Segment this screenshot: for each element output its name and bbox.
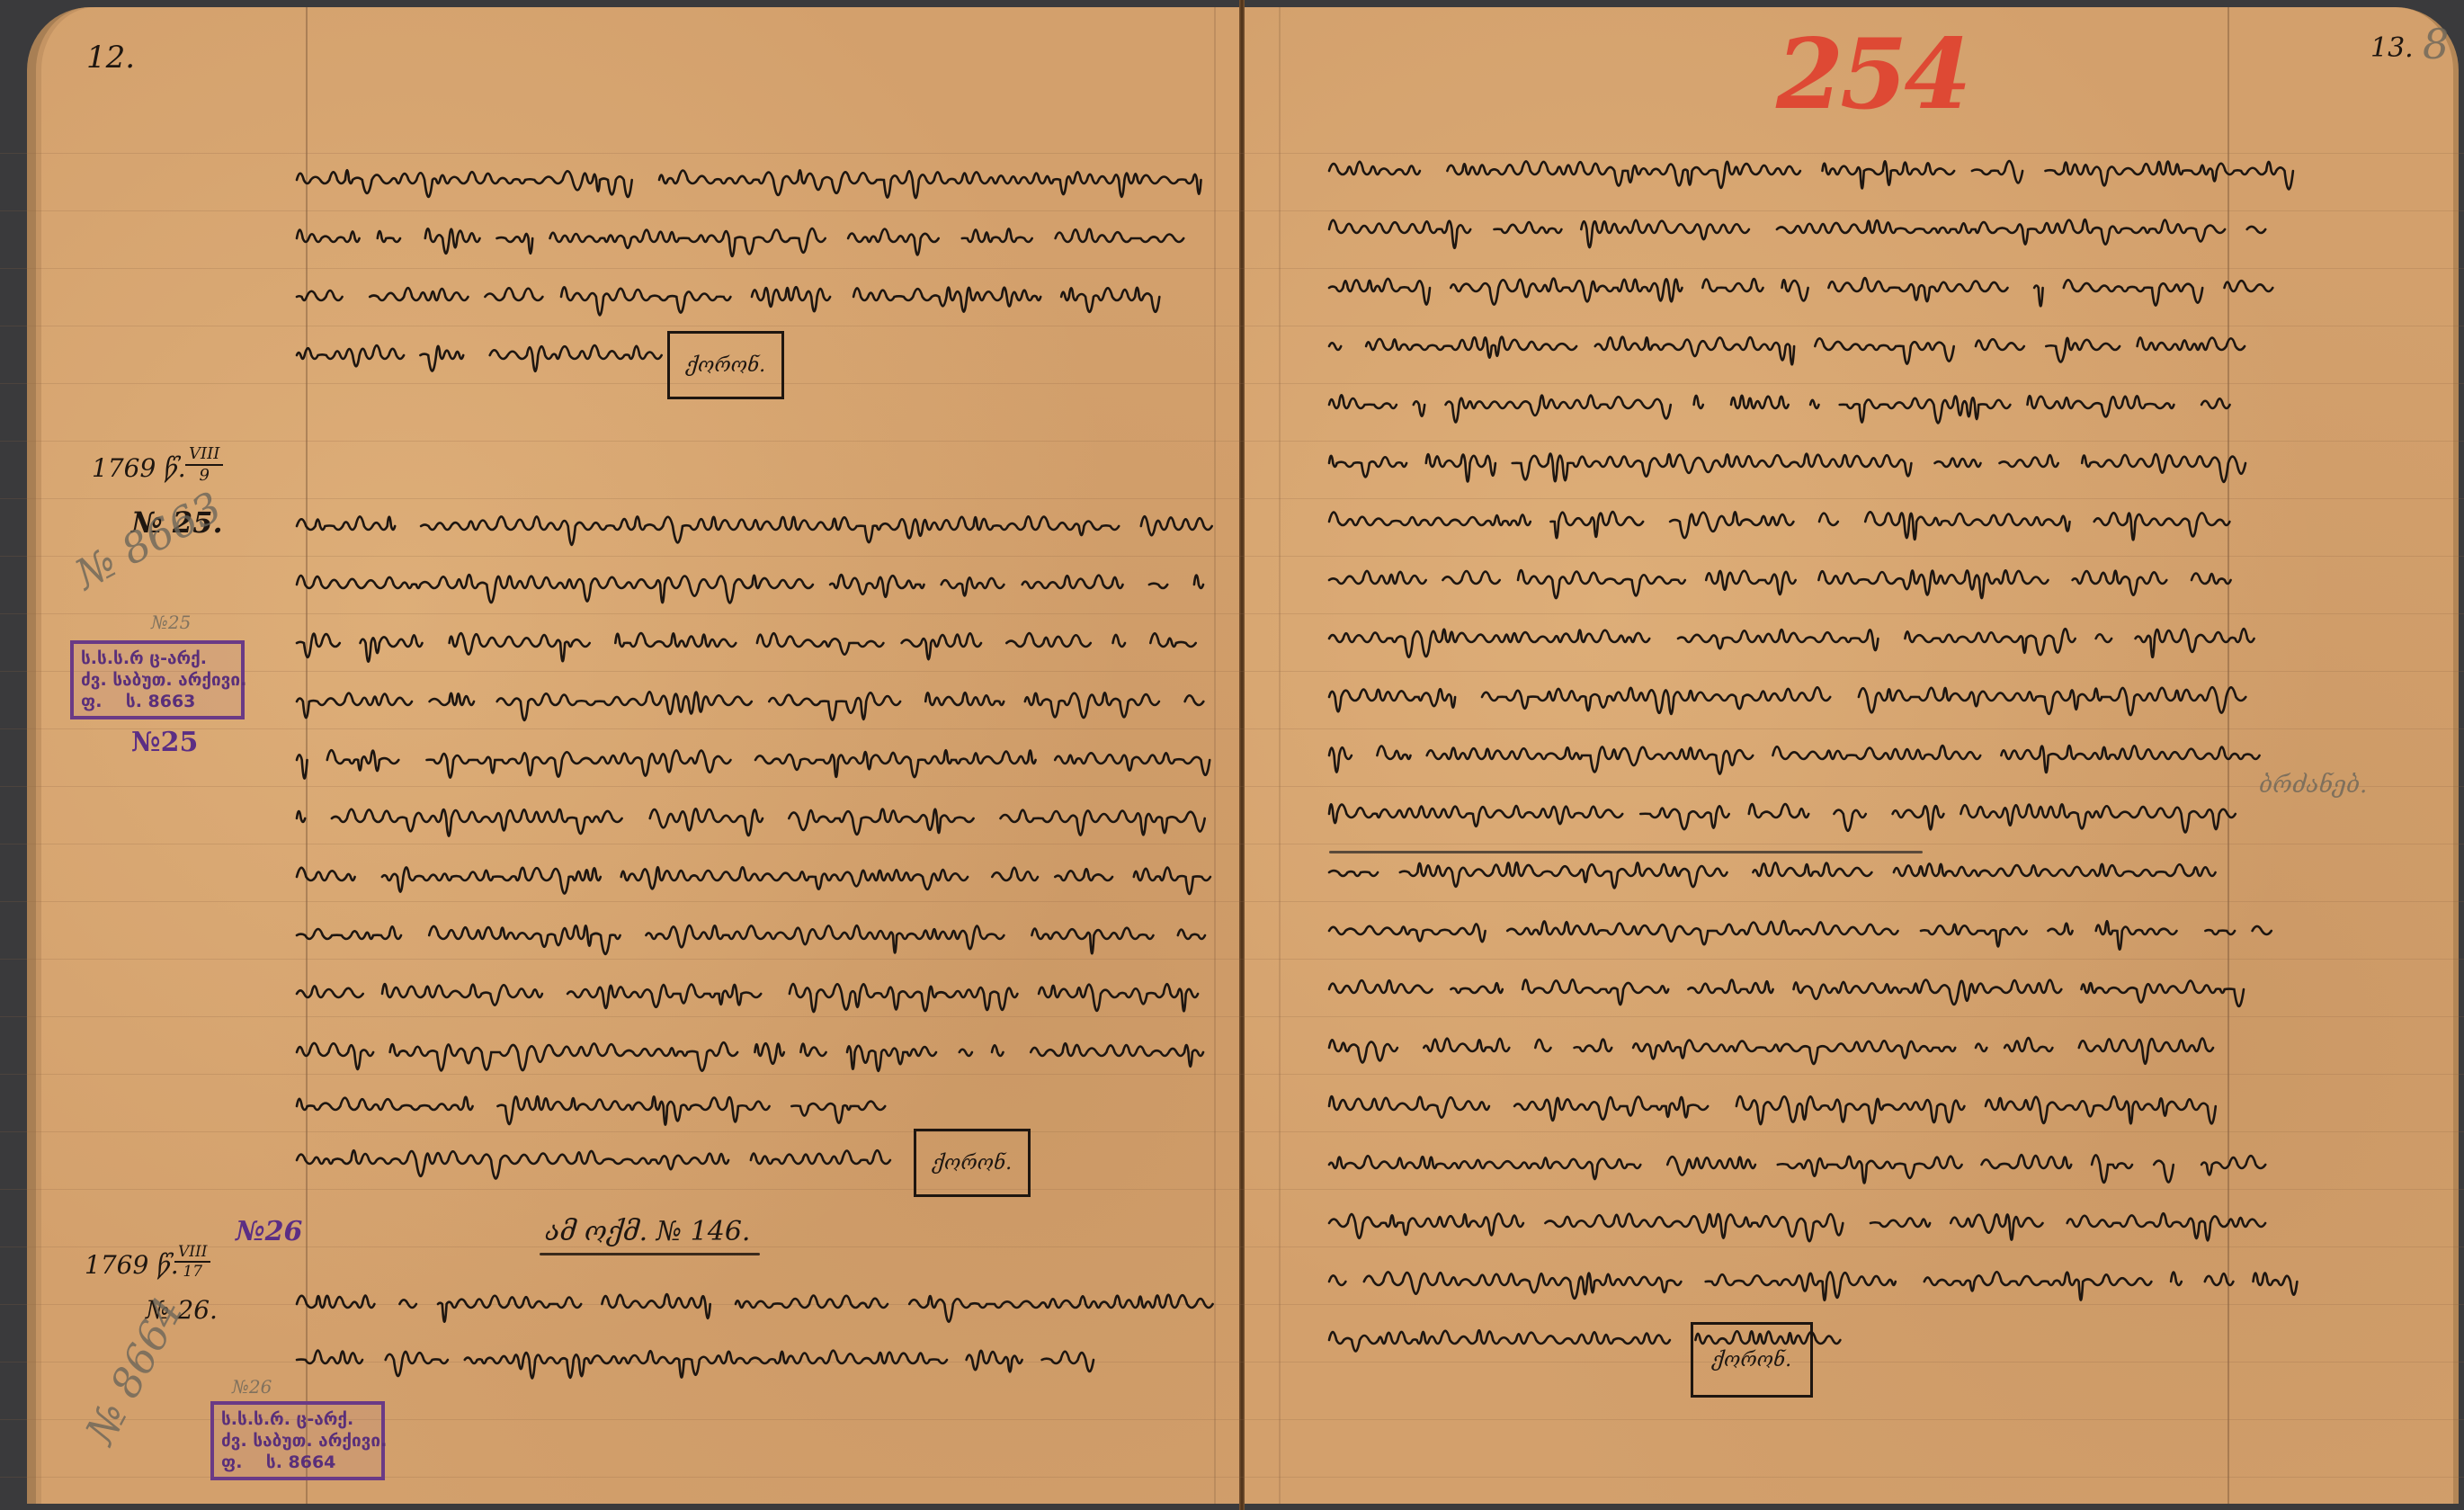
left-margin-rule <box>1279 7 1281 1504</box>
handwritten-line <box>1329 603 2246 666</box>
book-binding <box>1239 0 1245 1510</box>
handwritten-line <box>1329 1246 2291 1309</box>
entry-26-violet-number: №26 <box>236 1216 302 1247</box>
heading-underline <box>540 1253 760 1255</box>
handwritten-line <box>297 144 1196 207</box>
handwritten-line <box>297 958 1196 1021</box>
boxed-note-3: ქორონ. <box>1691 1322 1813 1398</box>
handwritten-line <box>1329 486 2237 549</box>
right-page-number: 13. <box>2370 32 2414 64</box>
entry-25-pencil-small: №25 <box>151 612 191 633</box>
handwritten-line <box>297 1124 881 1187</box>
handwritten-line <box>297 549 1196 612</box>
left-page-number: 12. <box>86 40 135 76</box>
handwritten-line <box>297 841 1196 904</box>
handwritten-line <box>297 666 1196 728</box>
handwritten-line <box>1329 252 2264 315</box>
handwritten-line <box>297 490 1196 553</box>
handwritten-line <box>1329 719 2246 782</box>
handwritten-line <box>1329 544 2228 607</box>
handwritten-line <box>1329 836 2228 899</box>
handwritten-line <box>1329 193 2264 256</box>
boxed-note-2: ქორონ. <box>914 1129 1031 1197</box>
handwritten-line <box>297 1268 1205 1331</box>
entry-26-pencil-small: №26 <box>232 1376 272 1398</box>
handwritten-line <box>1329 895 2255 958</box>
entry-26-date: 1769 წ. <box>85 1250 179 1280</box>
pencil-folio-number: 8 <box>2423 20 2449 68</box>
text-underline <box>1329 851 1923 853</box>
entry-25-date: 1769 წ. <box>92 453 186 483</box>
handwritten-line <box>1329 778 2255 841</box>
archive-stamp-8664: ს.ს.ს.რ. ც-არქ. ძვ. საბუთ. არქივი. ფ. ს.… <box>210 1401 385 1480</box>
handwritten-line <box>1329 427 2228 490</box>
handwritten-line <box>1329 1070 2210 1133</box>
handwritten-line <box>297 724 1196 787</box>
handwritten-line <box>1329 1012 2228 1075</box>
entry-26-date-fraction: VIII 17 <box>174 1243 210 1281</box>
red-folio-number: 254 <box>1776 18 1968 131</box>
handwritten-line <box>297 899 1196 962</box>
handwritten-line <box>1329 310 2228 373</box>
handwritten-line <box>297 607 1196 670</box>
handwritten-line <box>297 202 1196 265</box>
handwritten-line <box>1329 953 2246 1016</box>
handwritten-line <box>297 261 1151 324</box>
right-margin-rule <box>1214 7 1216 1504</box>
handwritten-line <box>1329 369 2219 432</box>
archive-stamp-8663: ს.ს.ს.რ ც-არქ. ძვ. საბუთ. არქივი. ფ. ს. … <box>70 640 245 719</box>
right-margin-pencil-note: ბრძანებ. <box>2259 772 2367 799</box>
entry-25-date-fraction: VIII 9 <box>185 444 223 486</box>
handwritten-line <box>1329 1187 2264 1250</box>
protocol-heading: ამ ოქმ. № 146. <box>545 1216 750 1247</box>
handwritten-line <box>1329 661 2228 724</box>
handwritten-line <box>297 1324 1106 1387</box>
handwritten-line <box>297 319 647 382</box>
handwritten-line <box>1329 1129 2246 1192</box>
boxed-note-1: ქორონ. <box>667 331 784 399</box>
entry-25-violet-number: №25 <box>131 727 198 758</box>
handwritten-line <box>297 782 1196 845</box>
handwritten-line <box>1329 135 2282 198</box>
